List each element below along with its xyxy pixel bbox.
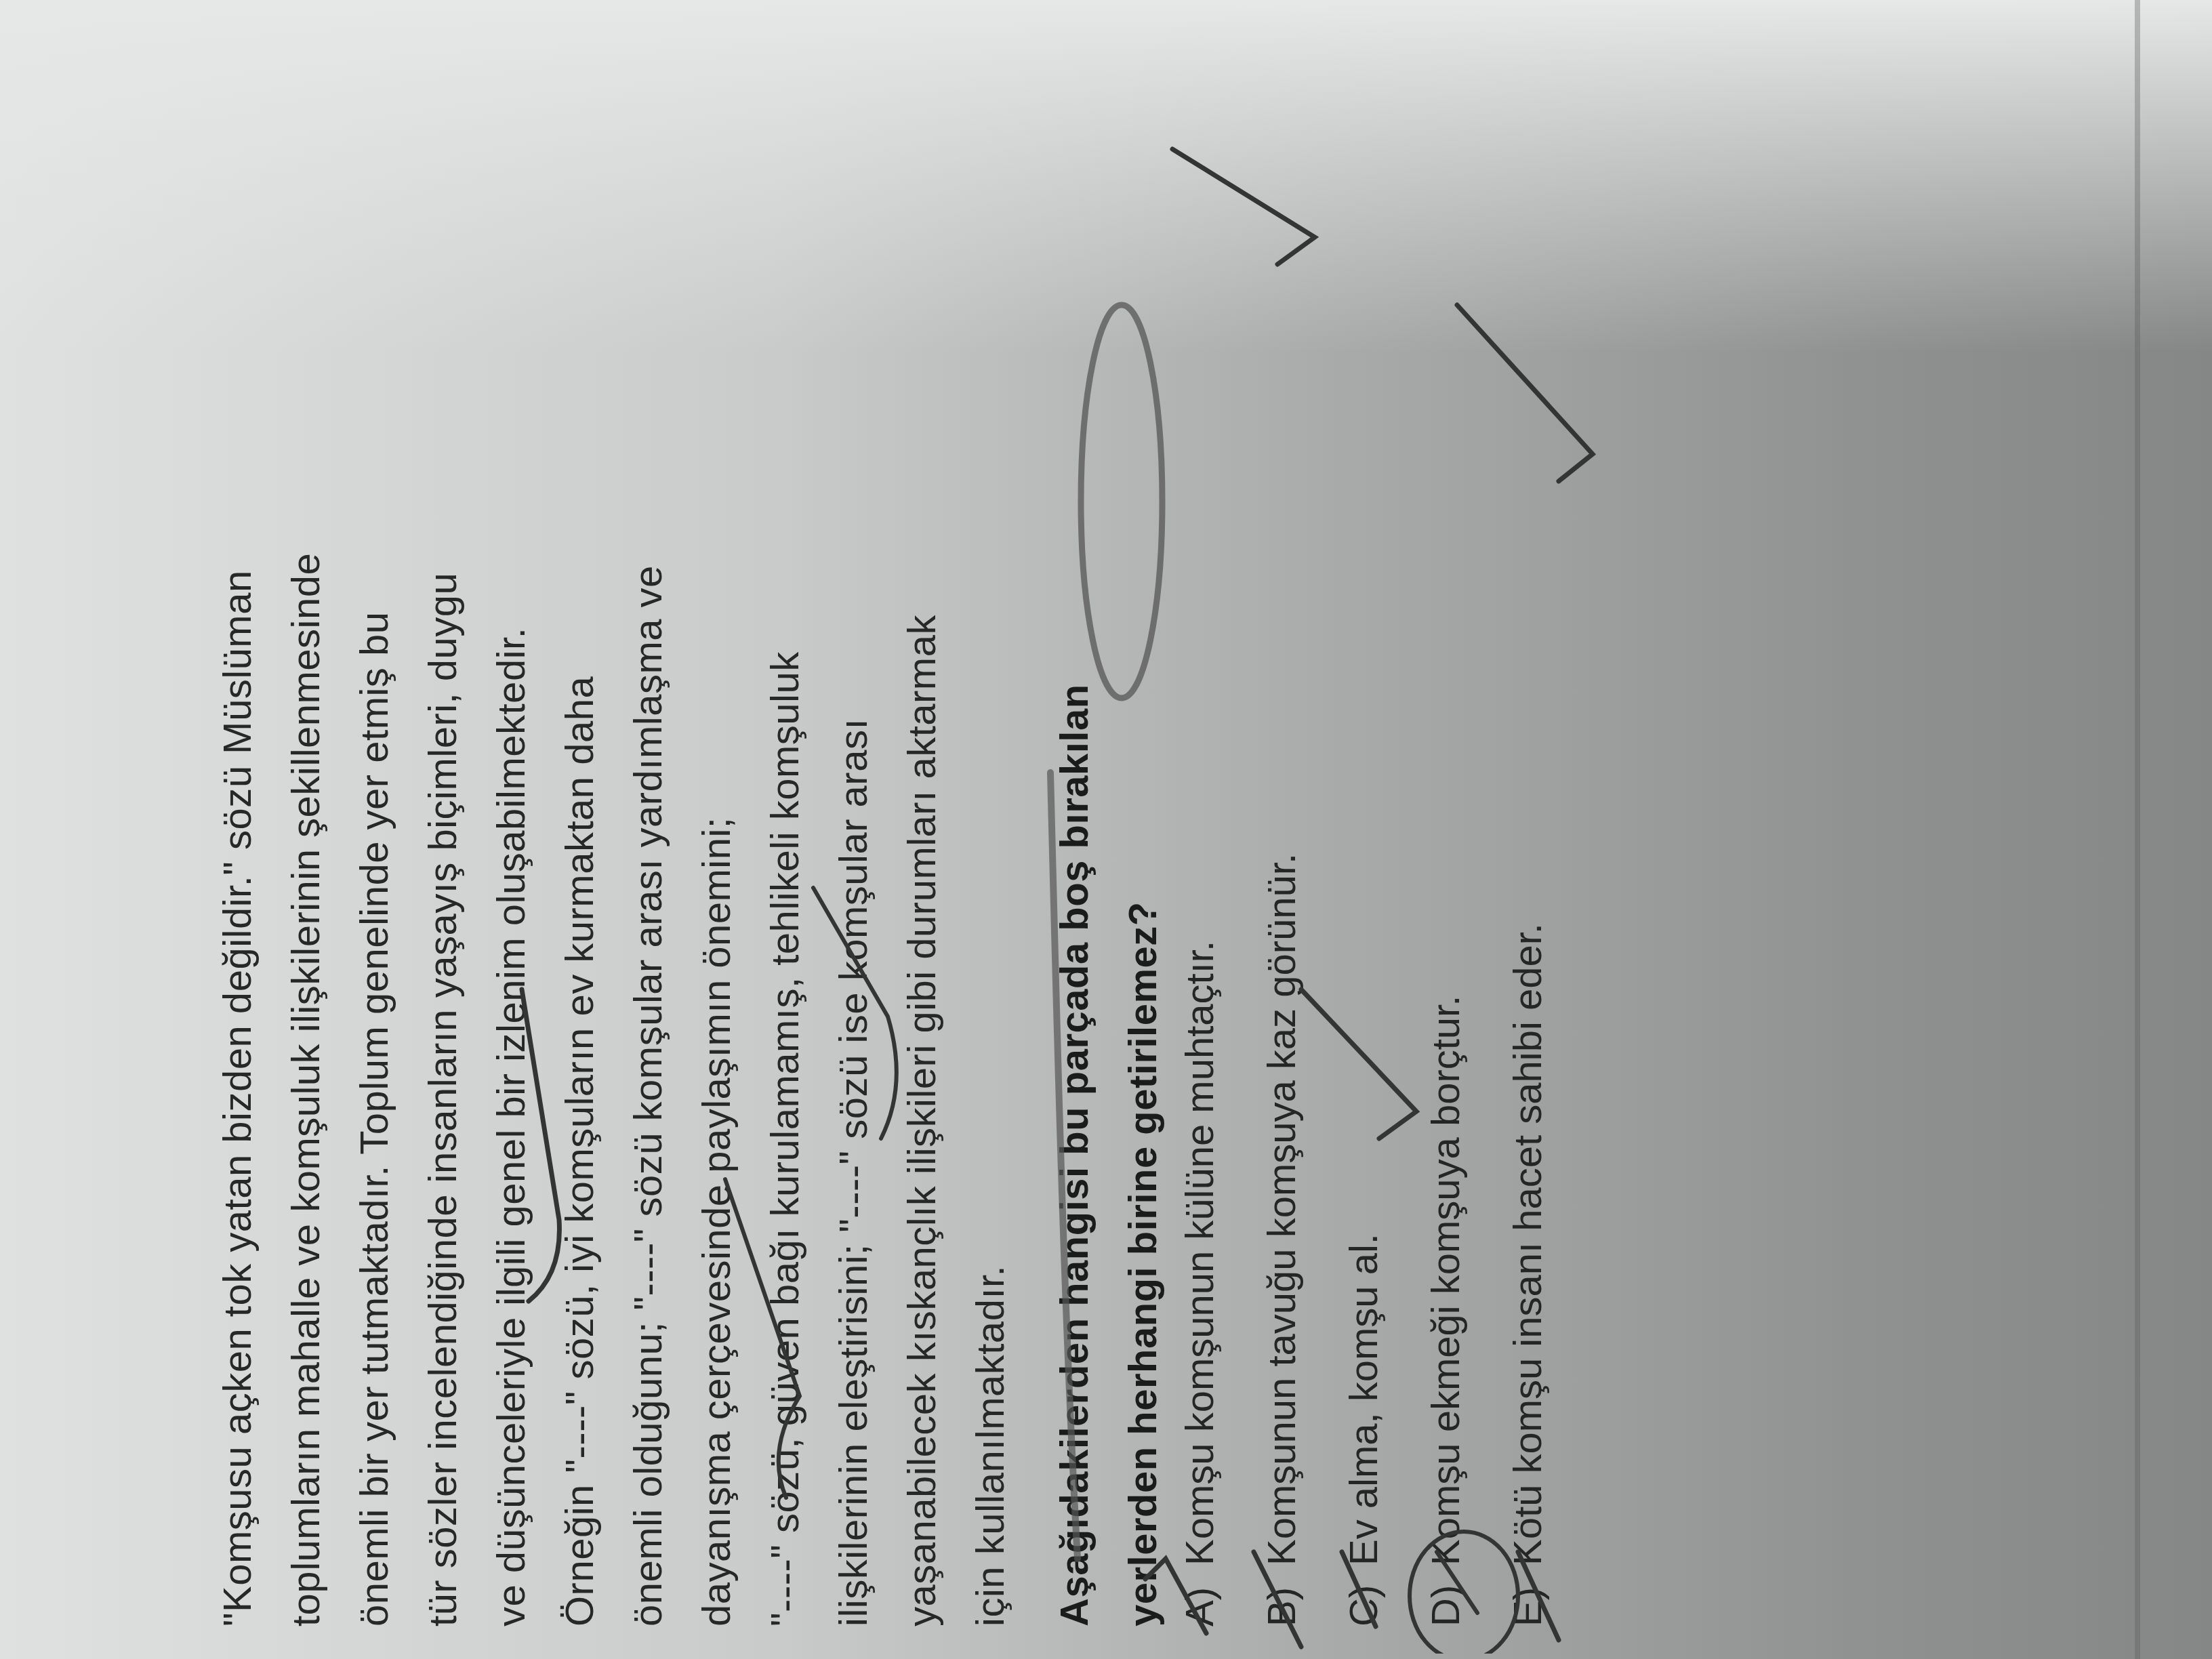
passage-line: dayanışma çerçevesinde paylaşımın önemin… bbox=[682, 136, 751, 1626]
passage-line: önemli olduğunu; "----" sözü komşular ar… bbox=[614, 136, 682, 1626]
option-c[interactable]: C)Ev alma, komşu al. bbox=[1323, 136, 1405, 1626]
option-letter: D) bbox=[1405, 1565, 1487, 1626]
passage-line: toplumların mahalle ve komşuluk ilişkile… bbox=[272, 136, 340, 1626]
option-letter: A) bbox=[1159, 1565, 1241, 1626]
passage-line: önemli bir yer tutmaktadır. Toplum genel… bbox=[340, 136, 409, 1626]
passage-line: ve düşünceleriyle ilgili genel bir izlen… bbox=[477, 136, 546, 1626]
question-line: Aşağıdakilerden hangisi bu parçada boş b… bbox=[1040, 136, 1109, 1626]
option-d[interactable]: D)Komşu ekmeği komşuya borçtur. bbox=[1405, 136, 1487, 1626]
option-b[interactable]: B)Komşunun tavuğu komşuya kaz görünür. bbox=[1241, 136, 1323, 1626]
question-stem: Aşağıdakilerden hangisi bu parçada boş b… bbox=[1040, 136, 1177, 1626]
passage-line: Örneğin "----" sözü, iyi komşuların ev k… bbox=[546, 136, 614, 1626]
option-text: Kötü komşu insanı hacet sahibi eder. bbox=[1506, 923, 1550, 1565]
passage-line: tür sözler incelendiğinde insanların yaş… bbox=[409, 136, 477, 1626]
passage-line: "----" sözü, güven bağı kurulamamış, teh… bbox=[751, 136, 819, 1626]
option-text: Komşu ekmeği komşuya borçtur. bbox=[1424, 996, 1468, 1565]
option-e[interactable]: E)Kötü komşu insanı hacet sahibi eder. bbox=[1487, 136, 1569, 1626]
option-text: Komşu komşunun külüne muhtaçtır. bbox=[1178, 941, 1222, 1565]
passage-line: yaşanabilecek kıskançlık ilişkileri gibi… bbox=[888, 136, 956, 1626]
paper-edge bbox=[2135, 0, 2140, 1659]
option-text: Komşunun tavuğu komşuya kaz görünür. bbox=[1260, 853, 1304, 1565]
passage: "Komşusu açken tok yatan bizden değildir… bbox=[203, 136, 1025, 1626]
option-letter: C) bbox=[1323, 1565, 1405, 1626]
exam-page: "Komşusu açken tok yatan bizden değildir… bbox=[203, 27, 1830, 1654]
option-text: Ev alma, komşu al. bbox=[1342, 1233, 1386, 1565]
passage-line: için kullanılmaktadır. bbox=[956, 136, 1025, 1626]
answer-options: A)Komşu komşunun külüne muhtaçtır. B)Kom… bbox=[1159, 136, 1569, 1626]
option-letter: E) bbox=[1487, 1565, 1569, 1626]
passage-line: "Komşusu açken tok yatan bizden değildir… bbox=[203, 136, 272, 1626]
option-a[interactable]: A)Komşu komşunun külüne muhtaçtır. bbox=[1159, 136, 1241, 1626]
option-letter: B) bbox=[1241, 1565, 1323, 1626]
passage-line: ilişkilerinin eleştirisini; "----" sözü … bbox=[819, 136, 888, 1626]
